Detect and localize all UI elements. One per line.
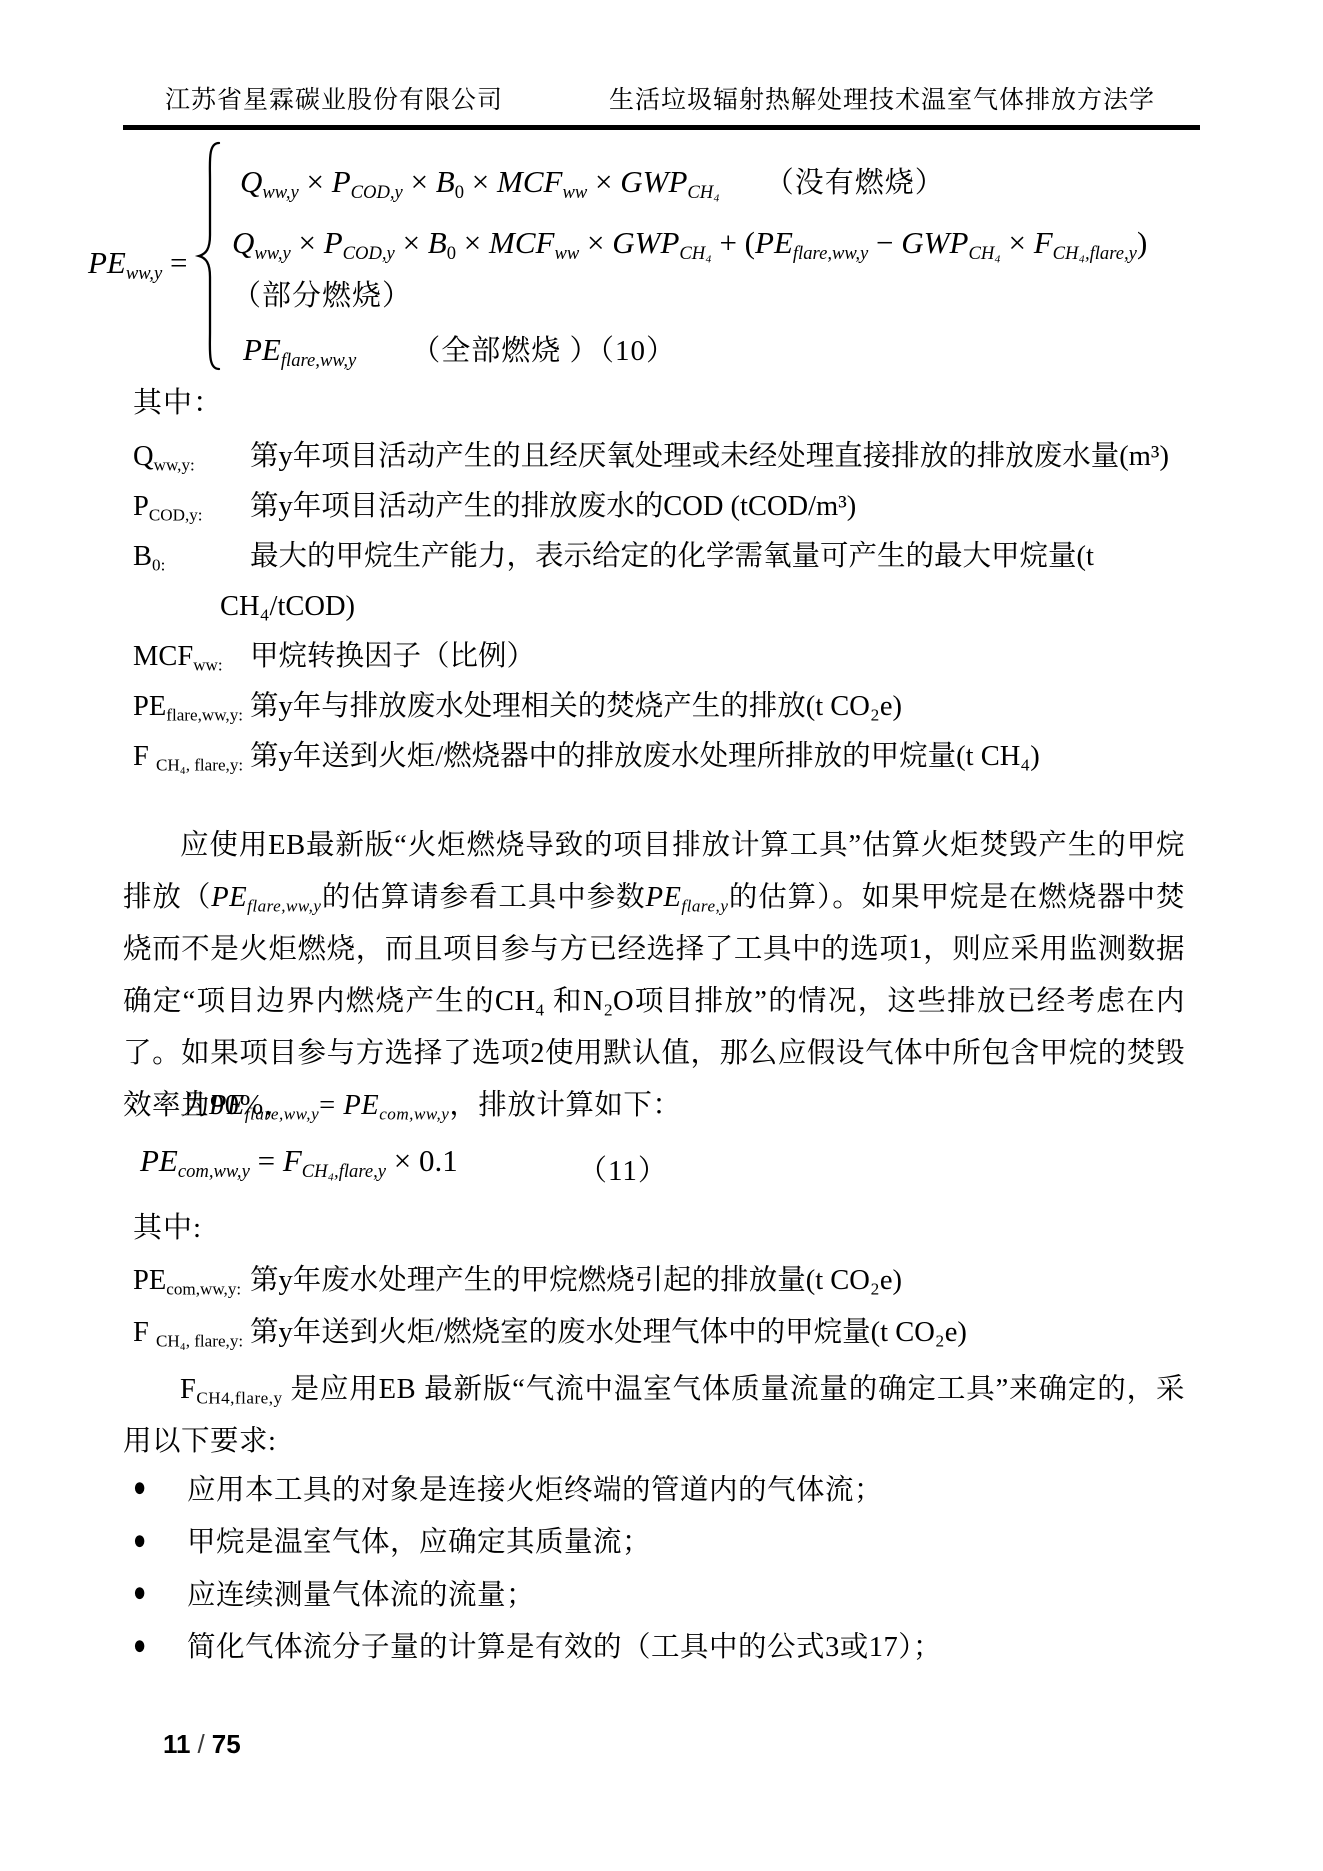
- equation-10-case-no-combustion: Qww,y × PCOD,y × B0 × MCFww × GWPCH₄（没有燃…: [240, 160, 945, 201]
- definition-row-mcfww: MCFww:甲烷转换因子（比例）: [133, 632, 1213, 682]
- definition-term: PEflare,ww,y:: [133, 682, 250, 732]
- equation-10-case-full-combustion: PEflare,ww,y（全部燃烧 ）（10）: [243, 328, 676, 369]
- list-item: ●应连续测量气体流的流量；: [133, 1566, 1188, 1619]
- list-item-text: 应连续测量气体流的流量；: [187, 1572, 535, 1613]
- equation-10-case-3-note: （全部燃烧 ）: [411, 335, 599, 367]
- definition-row-fch4flarey: F CH₄, flare,y:第y年送到火炬/燃烧器中的排放废水处理所排放的甲烷…: [133, 732, 1213, 782]
- header-company-name: 江苏省星霖碳业股份有限公司: [165, 80, 503, 116]
- list-item-text: 应用本工具的对象是连接火炬终端的管道内的气体流；: [187, 1467, 883, 1508]
- page-number-total: 75: [212, 1729, 241, 1759]
- definition-text: 第y年送到火炬/燃烧室的废水处理气体中的甲烷量(t CO₂e): [250, 1317, 967, 1348]
- page-number-current: 11: [163, 1729, 191, 1759]
- equation-10-lhs: PEww,y =: [88, 245, 187, 281]
- bullet-icon: ●: [133, 1576, 187, 1609]
- definition-term: F CH₄, flare,y:: [133, 1307, 250, 1359]
- definition-term: Qww,y:: [133, 432, 250, 482]
- bullet-icon: ●: [133, 1471, 187, 1504]
- paragraph-flare-tool-last-line: 且PEflare,ww,y= PEcom,ww,y，排放计算如下：: [123, 1080, 1185, 1132]
- equation-10-case-1-note: （没有燃烧）: [765, 167, 945, 199]
- definition-text: 甲烷转换因子（比例）: [250, 641, 535, 672]
- paragraph-fch4-requirements: FCH4,flare,y 是应用EB 最新版“气流中温室气体质量流量的确定工具”…: [123, 1364, 1185, 1468]
- definition-term: PEcom,ww,y:: [133, 1255, 250, 1307]
- definition-list-1-intro: 其中：: [133, 380, 223, 421]
- header-doc-title: 生活垃圾辐射热解处理技术温室气体排放方法学: [609, 80, 1155, 116]
- equation-10-case-partial-combustion-expression: Qww,y × PCOD,y × B0 × MCFww × GWPCH₄ + (…: [232, 225, 1147, 261]
- requirements-bullet-list: ●应用本工具的对象是连接火炬终端的管道内的气体流； ●甲烷是温室气体，应确定其质…: [133, 1461, 1188, 1671]
- definition-row-pcody: PCOD,y:第y年项目活动产生的排放废水的COD (tCOD/m³): [133, 482, 1213, 532]
- list-item-text: 简化气体流分子量的计算是有效的（工具中的公式3或17）；: [187, 1624, 942, 1665]
- equation-10: PEww,y = Qww,y × PCOD,y × B0 × MCFww × G…: [88, 135, 1288, 385]
- definition-text: 最大的甲烷生产能力，表示给定的化学需氧量可产生的最大甲烷量(t: [250, 541, 1094, 572]
- equation-11: PEcom,ww,y = FCH₄,flare,y × 0.1 （11）: [140, 1143, 1140, 1187]
- definition-term: PCOD,y:: [133, 482, 250, 532]
- curly-brace-icon: [193, 140, 223, 372]
- equation-10-case-2-note: （部分燃烧）: [232, 273, 412, 314]
- definition-text: 第y年废水处理产生的甲烷燃烧引起的排放量(t CO₂e): [250, 1265, 902, 1296]
- equation-10-number: （10）: [600, 335, 677, 367]
- definition-list-2: PEcom,ww,y:第y年废水处理产生的甲烷燃烧引起的排放量(t CO₂e) …: [133, 1255, 1213, 1359]
- definition-text: 第y年送到火炬/燃烧器中的排放废水处理所排放的甲烷量(t CH₄): [250, 741, 1040, 772]
- page-header: 江苏省星霖碳业股份有限公司 生活垃圾辐射热解处理技术温室气体排放方法学: [123, 80, 1200, 130]
- bullet-icon: ●: [133, 1629, 187, 1662]
- definition-row-fch4flarey-2: F CH₄, flare,y:第y年送到火炬/燃烧室的废水处理气体中的甲烷量(t…: [133, 1307, 1213, 1359]
- equation-11-expression: PEcom,ww,y = FCH₄,flare,y × 0.1: [140, 1143, 458, 1178]
- definition-term: F CH₄, flare,y:: [133, 732, 250, 782]
- page-number: 11/75: [163, 1729, 241, 1760]
- definition-text: 第y年与排放废水处理相关的焚烧产生的排放(t CO₂e): [250, 691, 902, 722]
- equation-11-number: （11）: [578, 1148, 668, 1189]
- list-item: ●甲烷是温室气体，应确定其质量流；: [133, 1514, 1188, 1567]
- definition-term: B0:: [133, 532, 250, 582]
- definition-text-continuation: CH₄/tCOD): [220, 591, 355, 622]
- list-item: ●简化气体流分子量的计算是有效的（工具中的公式3或17）；: [133, 1619, 1188, 1672]
- definition-row-b0-continuation: CH₄/tCOD): [133, 582, 1213, 632]
- definition-text: 第y年项目活动产生的且经厌氧处理或未经处理直接排放的排放废水量(m³): [250, 441, 1169, 472]
- definition-text: 第y年项目活动产生的排放废水的COD (tCOD/m³): [250, 491, 856, 522]
- bullet-icon: ●: [133, 1524, 187, 1557]
- list-item-text: 甲烷是温室气体，应确定其质量流；: [187, 1519, 651, 1560]
- definition-row-peflarewwy: PEflare,ww,y:第y年与排放废水处理相关的焚烧产生的排放(t CO₂e…: [133, 682, 1213, 732]
- equation-10-case-3-expression: PEflare,ww,y: [243, 332, 356, 367]
- definition-list-2-intro: 其中:: [133, 1205, 202, 1246]
- list-item: ●应用本工具的对象是连接火炬终端的管道内的气体流；: [133, 1461, 1188, 1514]
- definition-term: MCFww:: [133, 632, 250, 682]
- definition-row-qwwy: Qww,y:第y年项目活动产生的且经厌氧处理或未经处理直接排放的排放废水量(m³…: [133, 432, 1213, 482]
- definition-row-pecomwwy: PEcom,ww,y:第y年废水处理产生的甲烷燃烧引起的排放量(t CO₂e): [133, 1255, 1213, 1307]
- definition-row-b0: B0:最大的甲烷生产能力，表示给定的化学需氧量可产生的最大甲烷量(t: [133, 532, 1213, 582]
- page-number-separator: /: [198, 1729, 205, 1759]
- definition-list-1: Qww,y:第y年项目活动产生的且经厌氧处理或未经处理直接排放的排放废水量(m³…: [133, 432, 1213, 782]
- equation-10-case-1-expression: Qww,y × PCOD,y × B0 × MCFww × GWPCH₄: [240, 164, 720, 199]
- document-page: 江苏省星霖碳业股份有限公司 生活垃圾辐射热解处理技术温室气体排放方法学 PEww…: [0, 0, 1323, 1871]
